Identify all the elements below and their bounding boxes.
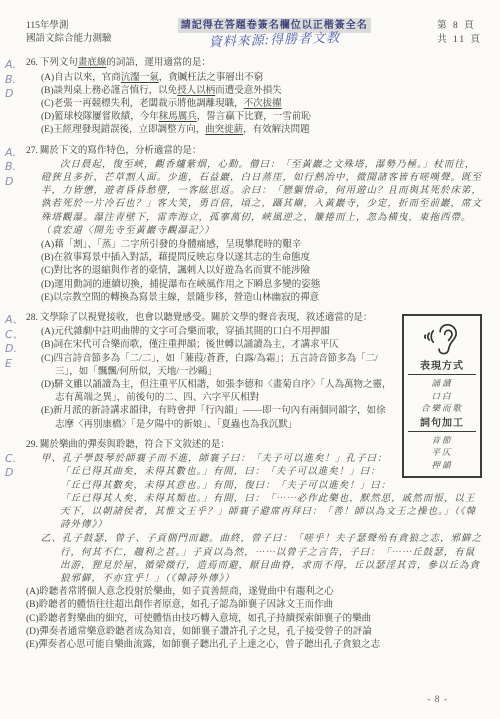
question-stem-text: 文學除了以視覺接收，也會以聽覺感受。關於文學的聲音表現，敘述適當的是：: [40, 313, 373, 323]
underlined-phrase: 授人以柄: [177, 86, 215, 96]
handwritten-answer: B.: [5, 160, 25, 175]
question-stem: 27.關於下文的寫作特色，分析適當的是：: [26, 145, 482, 158]
option-e: (E)彈奏者心思可能自樂曲流露，如師襄子聽出孔子上達之心，曾子聽出孔子貪狼之志: [26, 639, 482, 652]
question-number: 26.: [26, 58, 38, 68]
question-27: A. B. D 27.關於下文的寫作特色，分析適當的是： 次日晨起，復至峽，觀香…: [26, 145, 482, 305]
sidebar-item: 合樂而歌: [408, 402, 476, 415]
options-list: (A)自古以來，官商沆瀣一氣，貪贓枉法之事層出不窮 (B)談判桌上務必謹言慎行，…: [26, 72, 482, 138]
handwritten-answer: A.: [5, 146, 25, 161]
text-segment: (A)藉「割」、「蒸」二字所引發的身體痛感，呈現攀爬時的艱辛: [41, 240, 301, 250]
page-header: 115年學測 國語文綜合能力測驗 請記得在答題卷簽名欄位以正楷簽全名 資料來源:…: [26, 20, 482, 47]
text-segment: 的詞語，運用適當的是：: [106, 58, 211, 68]
handwritten-answer: A、: [5, 313, 25, 328]
underlined-phrase: 不次拔擢: [244, 99, 282, 109]
handwritten-answers-q26: A. B. D: [5, 58, 25, 102]
text-segment: ，貪贓枉法之事層出不窮: [159, 73, 264, 83]
text-segment: (A)自古以來，官商: [41, 73, 121, 83]
exam-subject: 國語文綜合能力測驗: [26, 33, 112, 46]
option-a: (A)藉「割」、「蒸」二字所引發的身體痛感，呈現攀爬時的艱辛: [41, 239, 482, 252]
text-segment: (B)詞在宋代可合樂而歌，僅注重押韻；後世轉以誦讀為主，才講求平仄: [41, 340, 339, 350]
handwritten-answer: D.: [5, 342, 25, 357]
text-segment: (C)聆聽者對樂曲的細究，可使體悟由技巧轉入意境，如孔子持續探索師襄子的樂曲: [26, 614, 371, 624]
question-stem-text: 下列文句畫底線的詞語，運用適當的是：: [40, 58, 211, 68]
question-stem-text: 關於下文的寫作特色，分析適當的是：: [40, 146, 202, 156]
text-segment: (C)對比客的退縮與作者的豪情，諷刺人以好遊為名而實不能涉險: [41, 266, 310, 276]
underlined-phrase: 沆瀣一氣: [121, 73, 159, 83]
underlined-phrase: 曲突徙薪: [205, 125, 243, 135]
handwritten-answer: C.: [5, 452, 25, 467]
text-segment: (B)聆聽者的體悟往往超出創作者原意，如孔子認為師襄子因詠文王而作曲: [26, 600, 333, 610]
question-stem-text: 關於樂曲的彈奏與聆聽，符合下文敘述的是：: [40, 440, 230, 450]
reading-passage-jia: 甲、孔子學鼓琴於師襄子而不進，師襄子曰：「夫子可以進矣！」孔子曰：「丘已得其曲矣…: [41, 453, 482, 532]
underlined-phrase: 畫底線: [78, 58, 107, 68]
exam-year: 115年學測: [26, 20, 112, 33]
underlined-phrase: 秣馬厲兵: [159, 112, 197, 122]
option-a: (A)自古以來，官商沆瀣一氣，貪贓枉法之事層出不窮: [41, 72, 482, 85]
options-list: (A)聆聽者常將個人意念投射於樂曲，如子貢善經商，遂覺曲中有趨利之心 (B)聆聽…: [26, 586, 482, 652]
option-b: (B)在敘事寫景中插入對話，藉提問反映忘身以遂其志的生命態度: [41, 252, 482, 265]
sidebar-section-title: 詞句加工: [408, 417, 476, 432]
text-segment: 下列文句: [40, 58, 78, 68]
question-number: 28.: [26, 313, 38, 323]
text-segment: ，誓言贏下比賽，一雪前恥: [197, 112, 311, 122]
options-list: (A)藉「割」、「蒸」二字所引發的身體痛感，呈現攀爬時的艱辛 (B)在敘事寫景中…: [26, 239, 482, 305]
text-segment: (C)老張一再競標失利，老闆裁示將他調離現職，: [41, 99, 244, 109]
handwritten-answers-q27: A. B. D: [5, 146, 25, 190]
handwritten-answer: B.: [5, 73, 25, 88]
text-segment: (D)籃球校隊屢嘗敗績，今年: [41, 112, 159, 122]
text-segment: (A)元代雜劇中註明曲牌的文字可合樂而歌，穿插其間的口白不用押韻: [41, 327, 330, 337]
exam-page: 115年學測 國語文綜合能力測驗 請記得在答題卷簽名欄位以正楷簽全名 資料來源:…: [0, 0, 500, 719]
option-e: (E)以宗教空間的轉換為寫景主線，景隨步移，營造山林幽寂的禪意: [41, 292, 482, 305]
page-indicator: 第 8 頁 共 11 頁: [437, 20, 482, 47]
option-a: (A)聆聽者常將個人意念投射於樂曲，如子貢善經商，遂覺曲中有趨利之心: [26, 586, 482, 599]
text-segment: (C)四言詩音節多為「二/二」，如「蒹葭/蒼蒼，白露/為霜」；五言詩音節多為「二…: [41, 354, 378, 377]
option-b: (B)聆聽者的體悟往往超出創作者原意，如孔子認為師襄子因詠文王而作曲: [26, 599, 482, 612]
questions-area: A. B. D 26.下列文句畫底線的詞語，運用適當的是： (A)自古以來，官商…: [26, 57, 482, 652]
text-segment: 關於樂曲的彈奏與聆聽，符合下文敘述的是：: [40, 440, 230, 450]
text-segment: (E)王經理發現錯誤後，立即調整方向，: [41, 125, 205, 135]
option-d: (D)運用動詞的連續切換，捕捉瀑布在峽風作用之下瞬息多變的姿態: [41, 279, 482, 292]
question-stem: 29.關於樂曲的彈奏與聆聽，符合下文敘述的是：: [26, 439, 482, 452]
option-c: (C)對比客的退縮與作者的豪情，諷刺人以好遊為名而實不能涉險: [41, 265, 482, 278]
question-29: C. D 29.關於樂曲的彈奏與聆聽，符合下文敘述的是： 甲、孔子學鼓琴於師襄子…: [26, 439, 482, 652]
handwritten-answers-q28: A、 C、 D. E: [5, 313, 25, 371]
question-26: A. B. D 26.下列文句畫底線的詞語，運用適當的是： (A)自古以來，官商…: [26, 57, 482, 137]
text-segment: 關於下文的寫作特色，分析適當的是：: [40, 146, 202, 156]
text-segment: (E)彈奏者心思可能自樂曲流露，如師襄子聽出孔子上達之心，曾子聽出孔子貪狼之志: [26, 640, 380, 650]
handwritten-answer: D: [5, 466, 25, 481]
handwritten-answer: A.: [5, 58, 25, 73]
ear-icon: [421, 321, 463, 357]
question-stem: 26.下列文句畫底線的詞語，運用適當的是：: [26, 57, 482, 70]
sidebar-item: 口白: [408, 390, 476, 403]
text-segment: (E)以宗教空間的轉換為寫景主線，景隨步移，營造山林幽寂的禪意: [41, 293, 319, 303]
text-segment: (D)彈奏者通常樂意聆聽者成為知音，如師襄子讚許孔子之見，孔子接受曾子的評論: [26, 627, 372, 637]
text-segment: (B)在敘事寫景中插入對話，藉提問反映忘身以遂其志的生命態度: [41, 253, 310, 263]
text-segment: 而遭受意外損失: [215, 86, 282, 96]
text-segment: 文學除了以視覺接收，也會以聽覺感受。關於文學的聲音表現，敘述適當的是：: [40, 313, 373, 323]
handwritten-answer: C、: [5, 328, 25, 343]
handwritten-answer: D: [5, 175, 25, 190]
text-segment: ，有效解決問題: [243, 125, 310, 135]
text-segment: (A)聆聽者常將個人意念投射於樂曲，如子貢善經商，遂覺曲中有趨利之心: [26, 587, 334, 597]
handwritten-answers-q29: C. D: [5, 452, 25, 481]
text-segment: (E)新月派的新詩講求韻律，有時會押「行內韻」——即一句內有兩個同韻字，如徐志摩…: [41, 406, 386, 429]
option-c: (C)老張一再競標失利，老闆裁示將他調離現職，不次拔擢: [41, 98, 482, 111]
question-number: 27.: [26, 146, 38, 156]
question-number: 29.: [26, 440, 38, 450]
handwritten-answer: E: [5, 357, 25, 372]
page-number-label: 第 8 頁: [437, 20, 482, 34]
sidebar-item: 誦讀: [408, 377, 476, 390]
text-segment: (D)運用動詞的連續切換，捕捉瀑布在峽風作用之下瞬息多變的姿態: [41, 280, 320, 290]
handwritten-source-note: 資料來源:得勝者文教: [178, 31, 371, 51]
option-b: (B)談判桌上務必謹言慎行，以免授人以柄而遭受意外損失: [41, 85, 482, 98]
option-c: (C)聆聽者對樂曲的細究，可使體悟由技巧轉入意境，如孔子持續探索師襄子的樂曲: [26, 613, 482, 626]
option-e: (E)王經理發現錯誤後，立即調整方向，曲突徙薪，有效解決問題: [41, 124, 482, 137]
question-28: A、 C、 D. E 表現方式 誦讀 口白 合樂: [26, 312, 482, 432]
option-d: (D)彈奏者通常樂意聆聽者成為知音，如師襄子讚許孔子之見，孔子接受曾子的評論: [26, 626, 482, 639]
page-total-label: 共 11 頁: [437, 34, 482, 48]
handwritten-answer: D: [5, 87, 25, 102]
exam-info: 115年學測 國語文綜合能力測驗: [26, 20, 112, 46]
header-center: 請記得在答題卷簽名欄位以正楷簽全名 資料來源:得勝者文教: [178, 18, 371, 47]
option-d: (D)籃球校隊屢嘗敗績，今年秣馬厲兵，誓言贏下比賽，一雪前恥: [41, 111, 482, 124]
text-segment: (D)駢文雖以誦讀為主，但注重平仄相諧，如張李德和〈畫菊自序〉「人為萬物之靈，志…: [41, 380, 391, 403]
reading-passage: 次日晨起，復至峽，觀香爐紫烟，心動。僧曰：「至黃巖之文殊塔，瀑勢乃極。」杖而往，…: [41, 159, 482, 238]
text-segment: (B)談判桌上務必謹言慎行，以免: [41, 86, 177, 96]
page-footer-number: - 8 -: [427, 694, 448, 707]
reading-passage-yi: 乙、孔子鼓瑟，曾子、子貢側門而聽。曲終，曾子曰：「嗟乎！夫子瑟聲殆有貪狼之志，邪…: [41, 533, 482, 586]
sidebar-section-title: 表現方式: [408, 360, 476, 375]
